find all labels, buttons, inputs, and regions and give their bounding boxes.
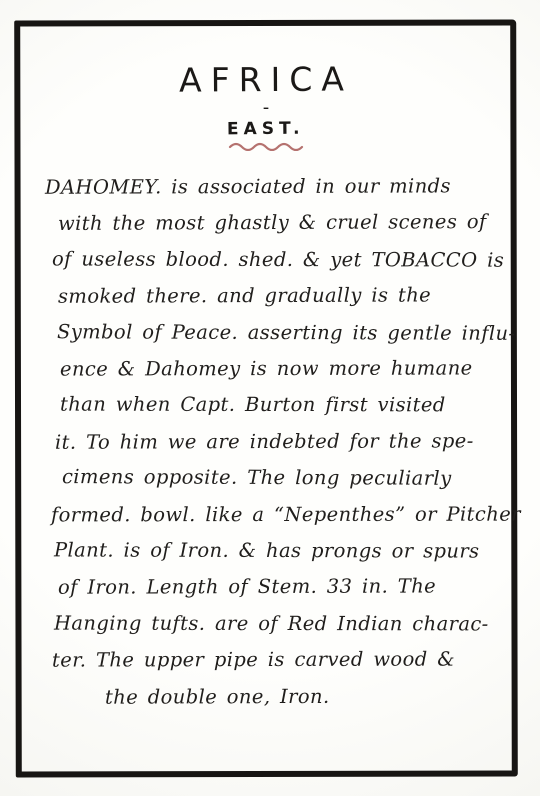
page-content: AFRICA - EAST. DAHOMEY. is associated in… <box>21 26 511 771</box>
text-line: cimens opposite. The long peculiarly <box>62 459 489 497</box>
text-line: ence & Dahomey is now more humane <box>60 350 489 388</box>
subtitle-wrap: EAST. <box>43 119 489 139</box>
title-dash: - <box>43 101 489 115</box>
text-line: with the most ghastly & cruel scenes of <box>58 204 489 242</box>
wavy-underline-icon <box>228 141 304 151</box>
text-line: of useless blood. shed. & yet TOBACCO is <box>52 241 489 279</box>
text-line: Hanging tufts. are of Red Indian charac- <box>54 605 489 642</box>
text-line: ter. The upper pipe is carved wood & <box>52 642 489 680</box>
text-line: the double one, Iron. <box>105 678 489 716</box>
text-line: than when Capt. Burton first visited <box>60 387 489 424</box>
text-line: formed. bowl. like a “Nepenthes” or Pitc… <box>51 496 489 533</box>
text-line: Plant. is of Iron. & has prongs or spurs <box>54 532 489 570</box>
page-title: AFRICA <box>43 58 489 100</box>
text-line: it. To him we are indebted for the spe- <box>55 423 489 461</box>
text-line: of Iron. Length of Stem. 33 in. The <box>58 569 489 607</box>
manuscript-body: DAHOMEY. is associated in our minds with… <box>43 169 489 715</box>
page-subtitle: EAST. <box>227 119 305 140</box>
text-line: DAHOMEY. is associated in our minds <box>45 168 489 206</box>
text-line: Symbol of Peace. asserting its gentle in… <box>57 314 489 352</box>
text-line: smoked there. and gradually is the <box>58 277 489 315</box>
manuscript-page: AFRICA - EAST. DAHOMEY. is associated in… <box>0 0 540 796</box>
